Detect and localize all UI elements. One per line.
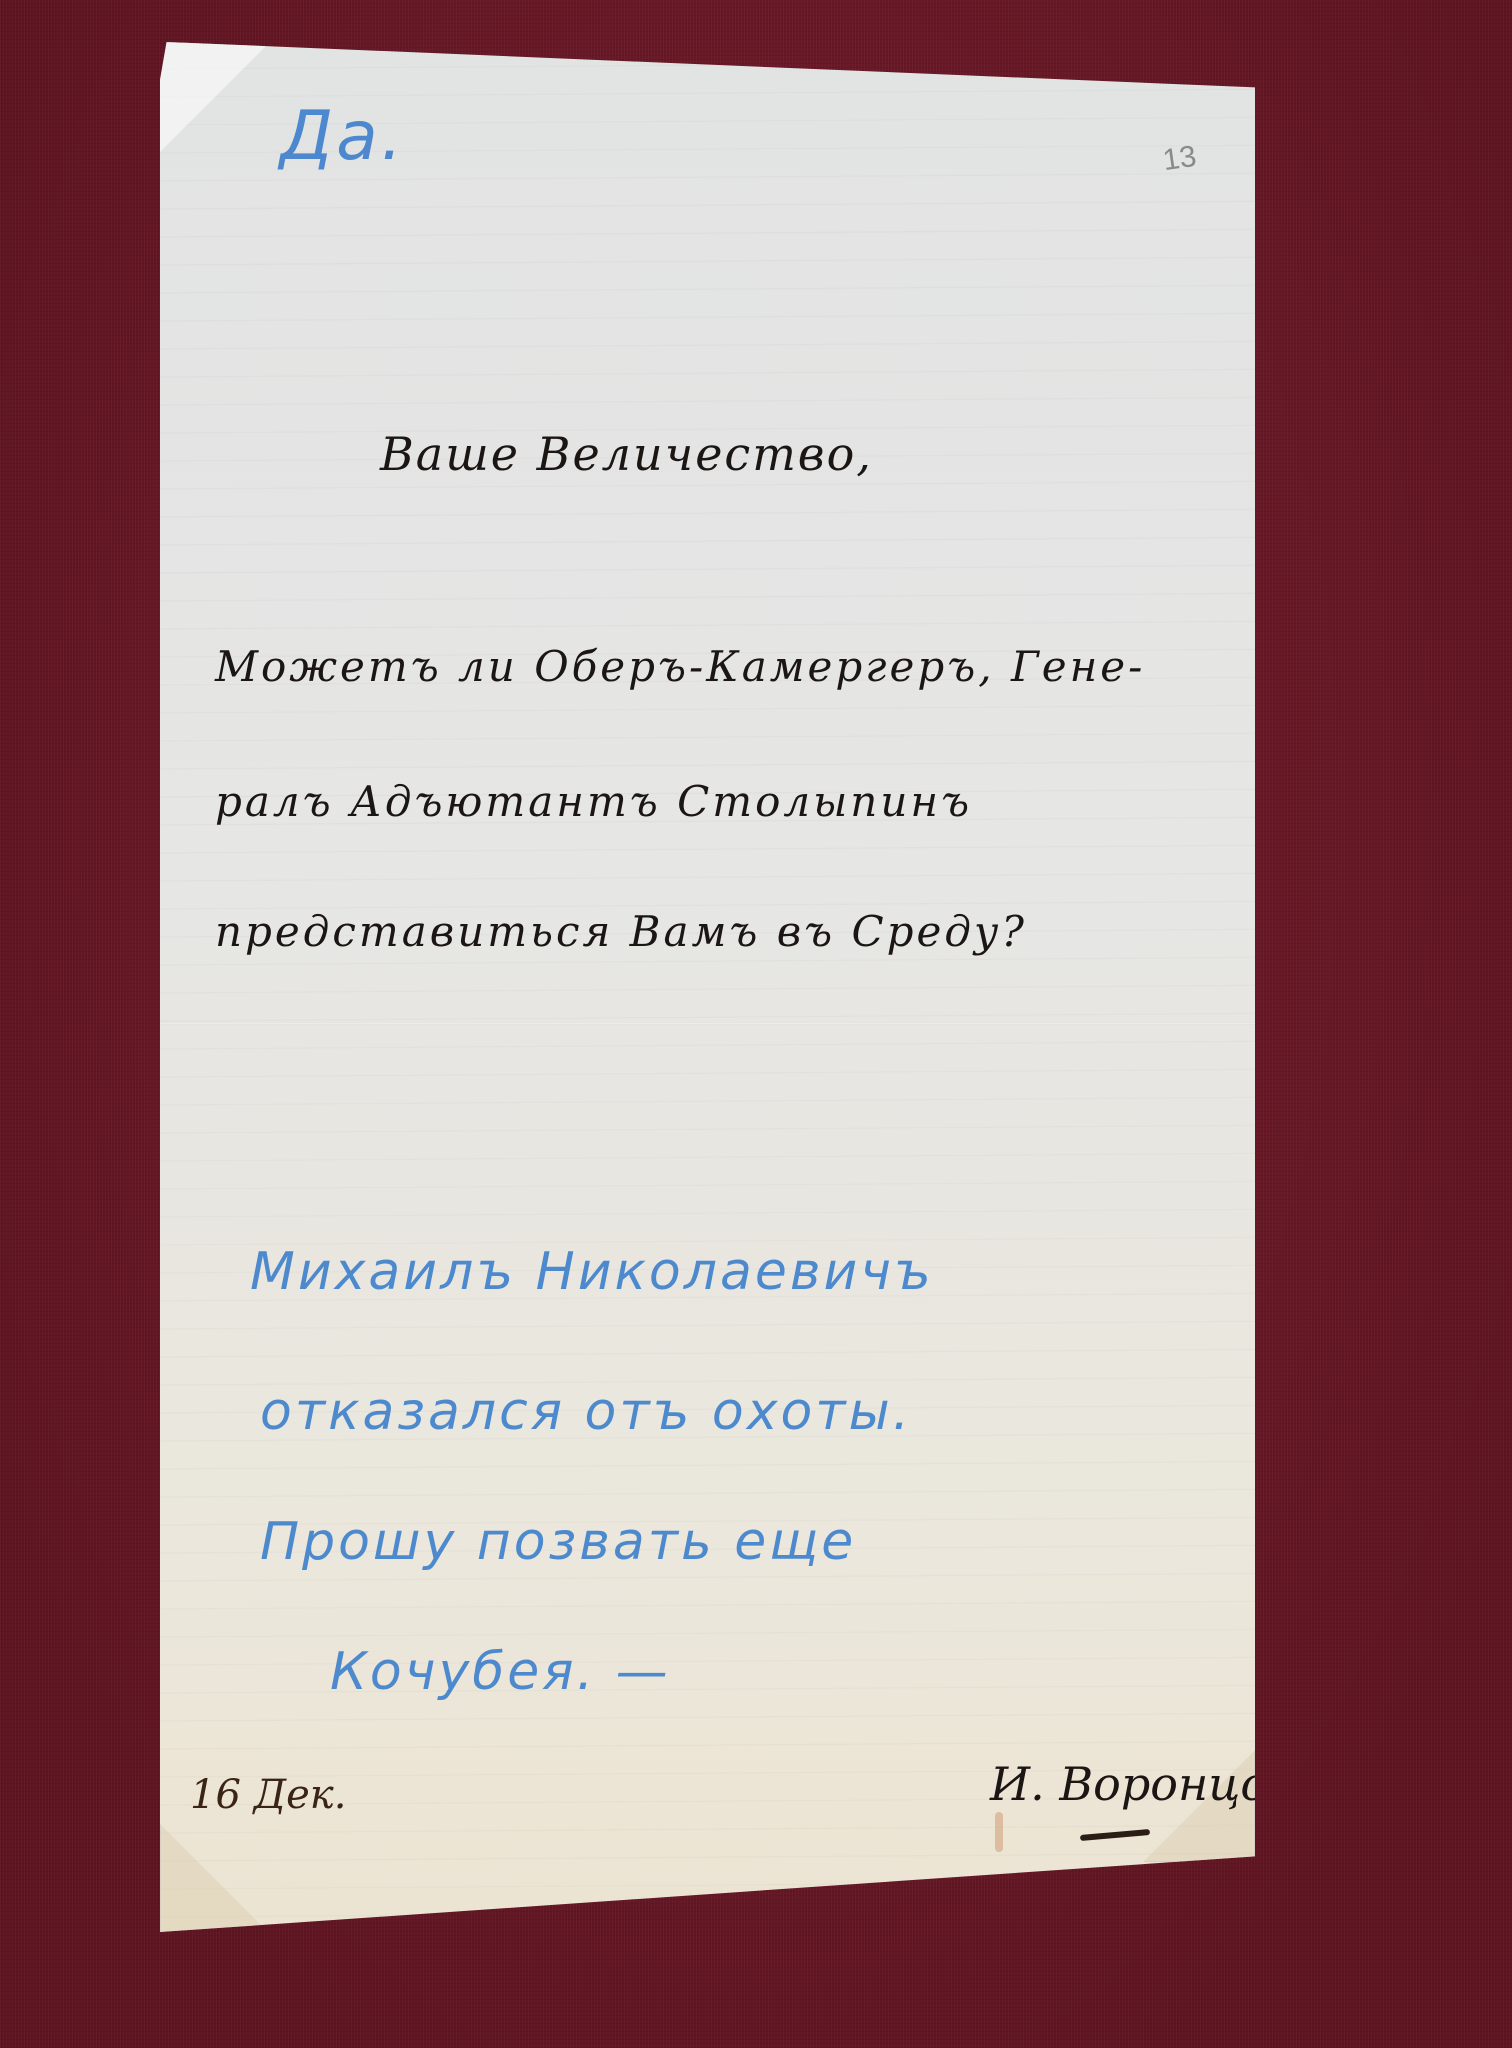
salutation: Ваше Величество,	[380, 427, 873, 481]
blue-annotation-line: Кочубея. —	[330, 1642, 671, 1702]
letter-sheet: Да. 13 Ваше Величество, Можетъ ли Оберъ-…	[160, 42, 1255, 1932]
blue-annotation-line: Прошу позвать еще	[260, 1512, 856, 1572]
body-line: ралъ Адъютантъ Столыпинъ	[215, 777, 972, 826]
folio-number: 13	[1161, 140, 1199, 178]
resolution-note: Да.	[280, 97, 405, 176]
blue-annotation-line: отказалcя отъ охоты.	[260, 1382, 912, 1442]
date: 16 Дек.	[190, 1772, 346, 1818]
body-line: представиться Вамъ въ Среду?	[215, 907, 1027, 956]
blue-annotation-line: Михаилъ Николаевичъ	[250, 1242, 934, 1302]
fold-crease	[160, 1022, 1255, 1025]
signature: И. Воронцовъ	[990, 1757, 1326, 1811]
ruled-lines	[160, 42, 1255, 1932]
body-line: Можетъ ли Оберъ-Камергеръ, Гене-	[215, 642, 1145, 691]
ink-stain	[995, 1812, 1003, 1852]
